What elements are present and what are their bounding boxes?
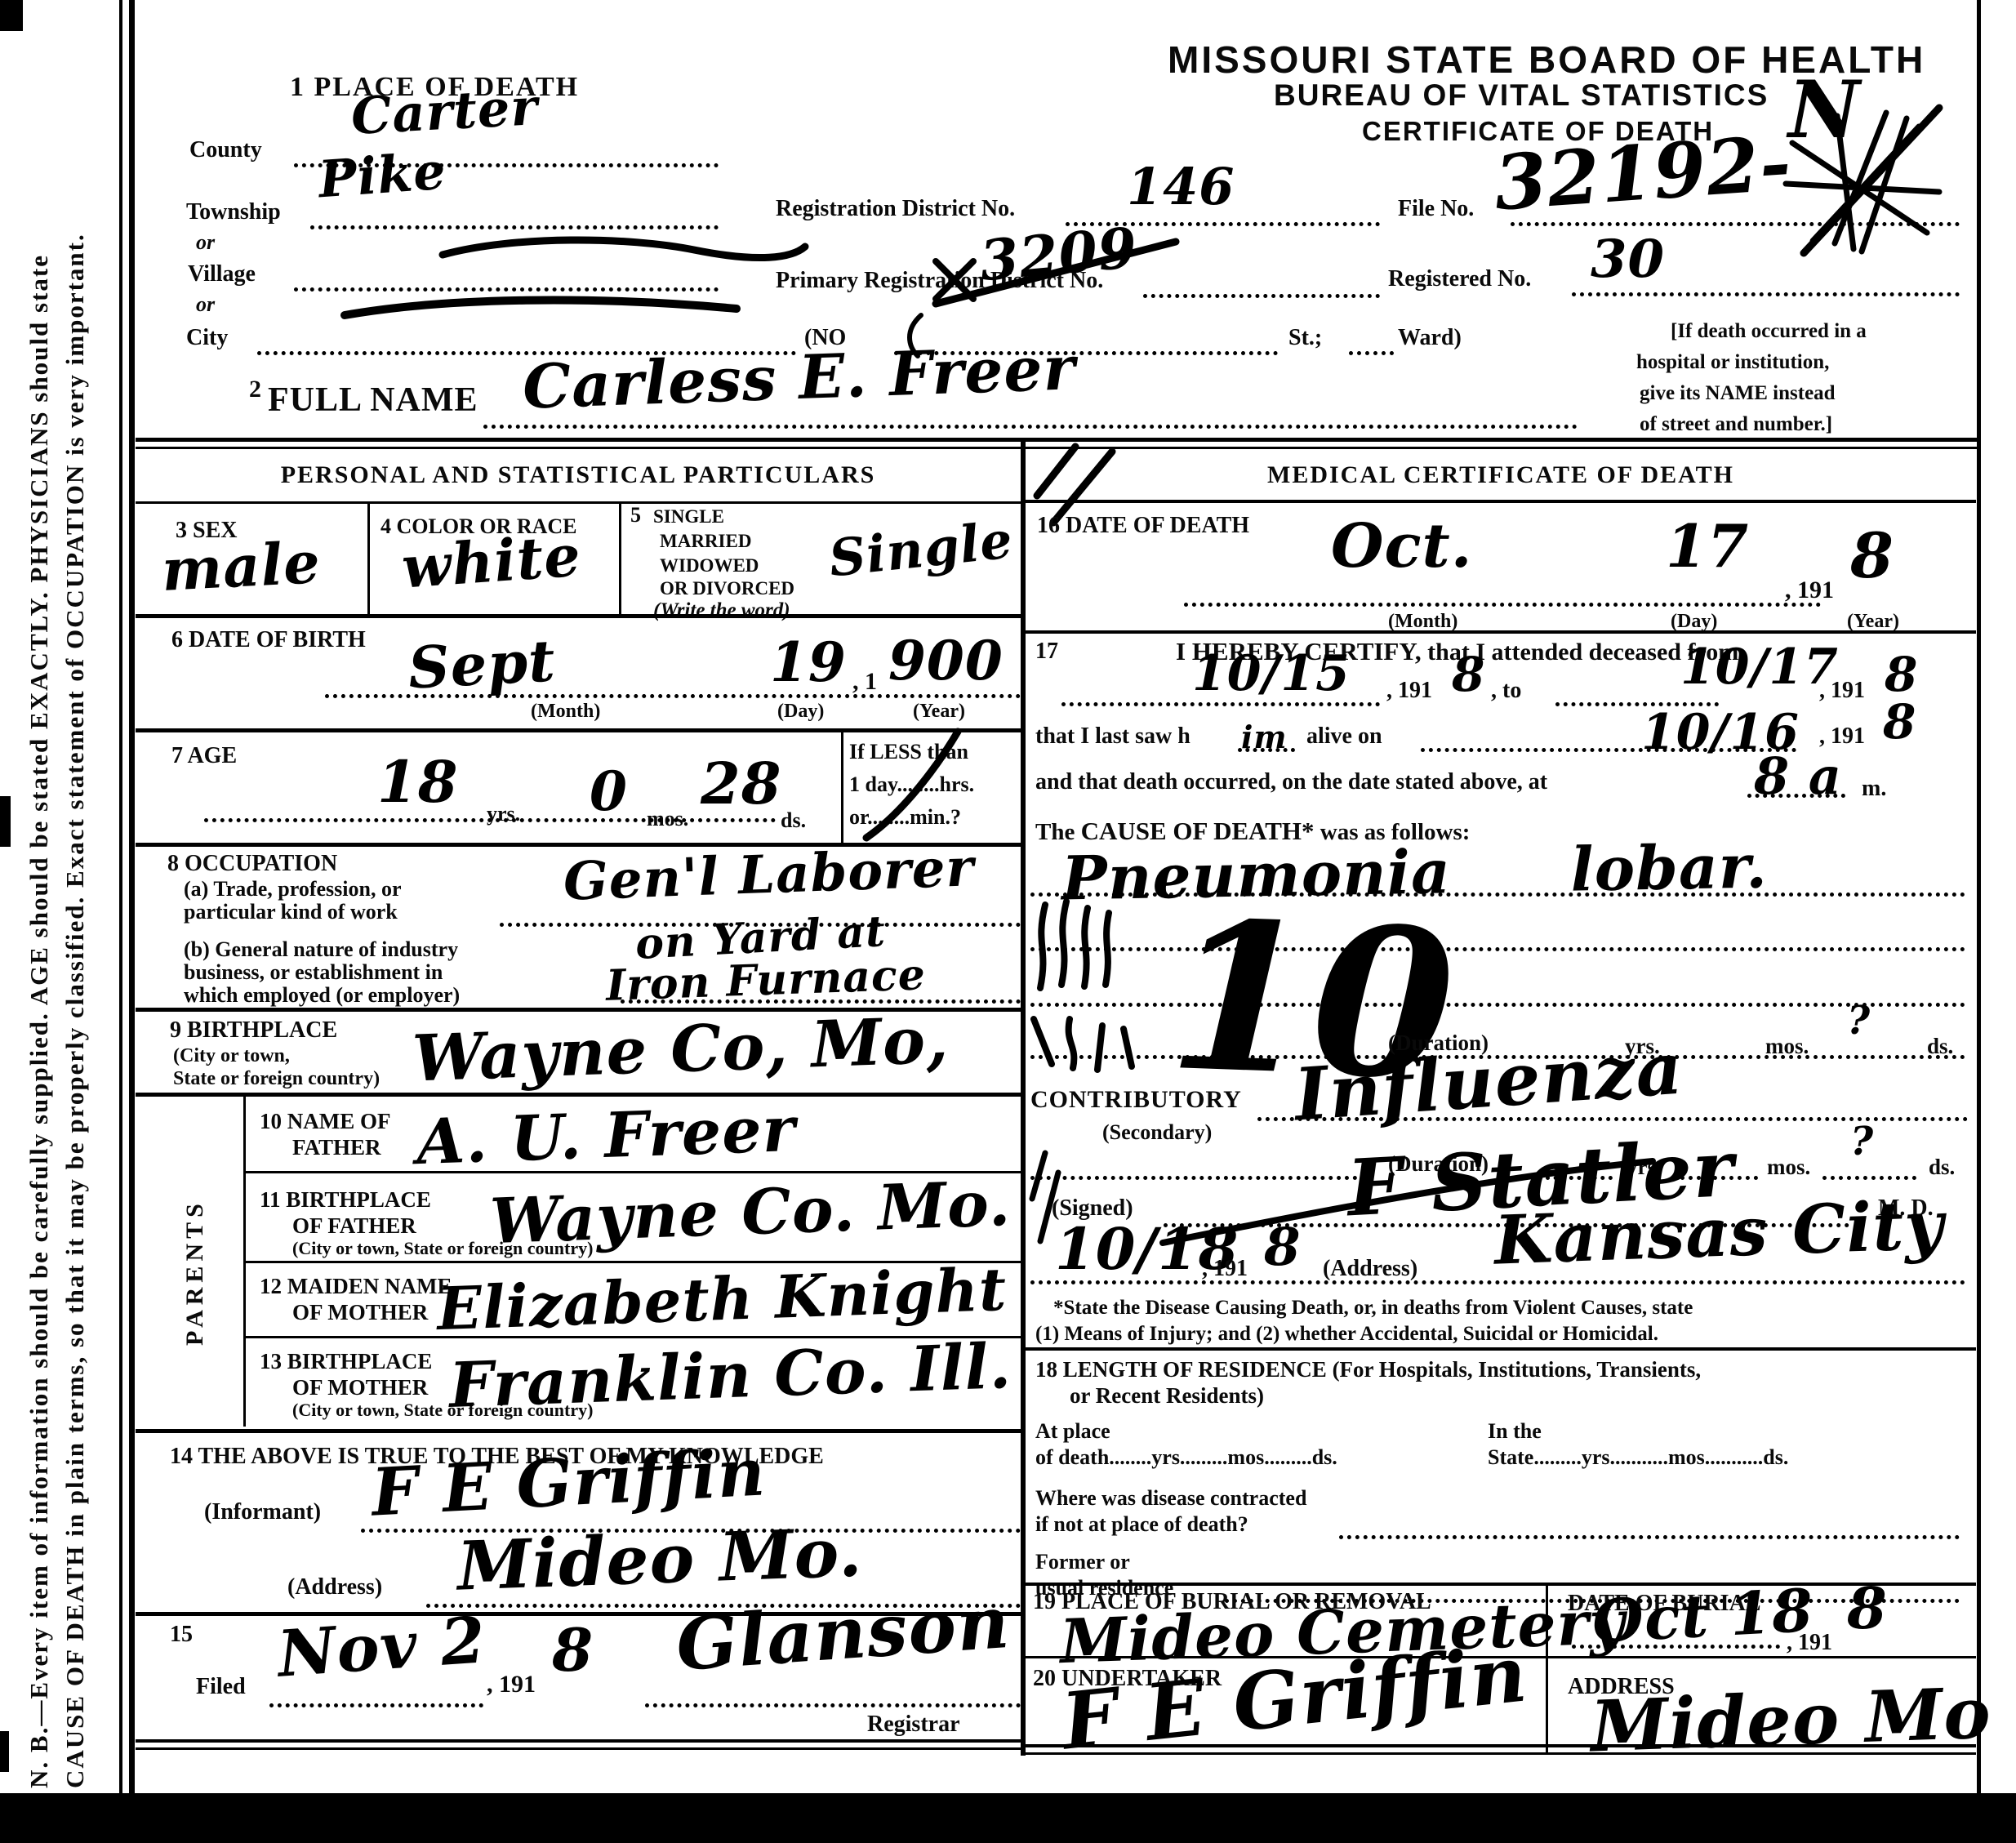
signed-date-line — [1030, 1280, 1965, 1284]
dod-month-value: Oct. — [1331, 511, 1472, 581]
dob-year-value: 900 — [888, 629, 1004, 692]
or-label-2: or — [196, 292, 215, 317]
duration2-ds: ds. — [1929, 1155, 1955, 1180]
rule — [136, 501, 1021, 504]
father-label-line1: NAME OF — [287, 1109, 391, 1133]
residence-where-line2: if not at place of death? — [1035, 1512, 1248, 1537]
occurred-m-label: m. — [1862, 776, 1886, 802]
registered-no-value: 30 — [1591, 229, 1665, 290]
township-label: Township — [186, 199, 281, 225]
occupation-a-line2: particular kind of work — [184, 900, 398, 924]
mother-bp-value: Franklin Co. Ill. — [448, 1329, 1012, 1422]
burial-year-hw: 8 — [1847, 1574, 1888, 1642]
residence-where-line — [1339, 1535, 1960, 1539]
occupation-b-line1: (b) General nature of industry — [184, 937, 458, 962]
village-dash-mark — [441, 238, 808, 271]
crosshatch-scribble — [1784, 106, 1947, 257]
residence-at-place-line2: of death........yrs.........mos.........… — [1035, 1445, 1337, 1470]
registrar-line — [645, 1703, 1021, 1707]
city-ward-label: Ward) — [1398, 325, 1462, 351]
dod-day-value: 17 — [1666, 511, 1749, 581]
city-label: City — [186, 325, 228, 351]
mother-label-line1: MAIDEN NAME — [287, 1274, 452, 1298]
birthplace-label: 9 BIRTHPLACE — [170, 1017, 337, 1044]
attended-from-value: 10/15 — [1192, 645, 1351, 702]
dob-day-cap: (Day) — [777, 701, 824, 723]
year1-printed: , 191 — [1386, 678, 1432, 704]
dob-year-printed: , 1 — [852, 668, 877, 696]
marital-divorced: OR DIVORCED — [660, 578, 794, 599]
county-value: Carter — [349, 77, 539, 146]
registration-district-label: Registration District No. — [776, 196, 1015, 222]
footnote-line2: (1) Means of Injury; and (2) whether Acc… — [1035, 1323, 1658, 1346]
township-line — [310, 225, 719, 229]
mother-label-line2: OF MOTHER — [292, 1300, 428, 1325]
hospital-note-line4: of street and number.] — [1640, 413, 1832, 436]
contributory-label: CONTRIBUTORY — [1030, 1086, 1242, 1114]
mother-bp-label-line2: OF MOTHER — [292, 1375, 428, 1400]
cause-line1 — [1030, 893, 1965, 897]
year2-printed: , 191 — [1819, 678, 1865, 704]
left-border-inner — [129, 0, 135, 1793]
city-line-3 — [1349, 351, 1394, 355]
file-no-label: File No. — [1398, 196, 1474, 222]
hospital-note-line3: give its NAME instead — [1640, 382, 1836, 405]
informant-label: (Informant) — [204, 1499, 321, 1525]
right-border — [1977, 0, 1981, 1793]
left-border-outer — [119, 0, 122, 1793]
dod-year-hw: 8 — [1850, 519, 1894, 592]
birthplace-sub2: State or foreign country) — [173, 1068, 380, 1090]
personal-title: PERSONAL AND STATISTICAL PARTICULARS — [136, 461, 1021, 489]
to-label: , to — [1491, 678, 1521, 704]
duration2-q: ? — [1850, 1119, 1874, 1164]
rule — [136, 1093, 1021, 1097]
rule — [136, 614, 1021, 618]
duration2-mos: mos. — [1767, 1155, 1810, 1180]
full-name-value: Carless E. Freer — [522, 333, 1077, 423]
scan-artifact — [0, 796, 11, 847]
filed-line — [269, 1703, 483, 1707]
full-name-line — [483, 425, 1578, 429]
birthplace-sub1: (City or town, — [173, 1045, 290, 1067]
filed-year-hw: 8 — [552, 1615, 594, 1685]
rule — [136, 1739, 1021, 1743]
dob-month-value: Sept — [407, 626, 557, 701]
registrar-label: Registrar — [867, 1712, 960, 1738]
rule — [1026, 1583, 1976, 1586]
marital-value: Single — [826, 510, 1016, 588]
dod-year-printed: , 191 — [1785, 576, 1834, 604]
dob-label: 6 DATE OF BIRTH — [171, 627, 366, 653]
dob-month-cap: (Month) — [531, 701, 600, 723]
mother-num: 12 — [260, 1274, 282, 1298]
mother-bp-num: 13 — [260, 1349, 282, 1373]
filed-num: 15 — [170, 1622, 193, 1648]
signed-year-hw: 8 — [1264, 1217, 1302, 1278]
column-divider — [1021, 438, 1026, 1756]
attended-to-value: 10/17 — [1680, 639, 1839, 696]
rule — [1026, 1744, 1976, 1747]
ink-scribble — [1027, 897, 1166, 1076]
filed-date-value: Nov 2 — [275, 1603, 488, 1692]
certify-line1 — [1061, 702, 1380, 706]
age-months-value: 0 — [590, 759, 628, 823]
dod-month-cap: (Month) — [1388, 611, 1457, 633]
village-label: Village — [188, 261, 256, 287]
age-yrs-label: yrs. — [487, 802, 520, 826]
father-bp-label-line1: BIRTHPLACE — [286, 1187, 431, 1212]
signed-year-printed: , 191 — [1202, 1256, 1248, 1282]
duration1-q: ? — [1847, 998, 1871, 1044]
cell-divider — [367, 504, 370, 614]
race-value: white — [399, 521, 583, 601]
marital-num: 5 — [630, 503, 641, 528]
filed-label: Filed — [196, 1674, 246, 1700]
registered-no-line — [1572, 292, 1960, 296]
marital-married: MARRIED — [660, 531, 751, 552]
cell-divider — [841, 732, 843, 844]
last-saw-label-b: alive on — [1306, 723, 1382, 750]
residence-label-line1: 18 LENGTH OF RESIDENCE (For Hospitals, I… — [1035, 1357, 1701, 1382]
certify-num: 17 — [1035, 639, 1058, 665]
header-rule-top — [136, 438, 1977, 442]
cause-label-a: The — [1035, 819, 1081, 845]
registered-no-label: Registered No. — [1388, 266, 1531, 292]
father-name-value: A. U. Freer — [416, 1093, 797, 1178]
city-st-label: St.; — [1288, 325, 1322, 351]
death-certificate-scan: N. B.—Every item of information should b… — [0, 0, 2016, 1843]
duration1-ds: ds. — [1927, 1034, 1953, 1059]
occupation-b-line2: business, or establishment in — [184, 960, 443, 985]
dod-label: 16 DATE OF DEATH — [1037, 513, 1249, 539]
dob-day-value: 19 — [770, 630, 847, 694]
residence-in-state-line1: In the — [1488, 1419, 1542, 1444]
residence-label-line2: or Recent Residents) — [1070, 1383, 1264, 1409]
signed-address-label: (Address) — [1323, 1256, 1417, 1282]
dod-line — [1184, 603, 1821, 607]
margin-note-line2: CAUSE OF DEATH in plain terms, so that i… — [60, 233, 90, 1788]
cell-divider — [619, 504, 621, 614]
parents-label: PARENTS — [181, 1199, 209, 1346]
contributory-secondary: (Secondary) — [1102, 1120, 1212, 1145]
age-ds-label: ds. — [781, 808, 806, 833]
occurred-time-value: 8 a — [1754, 746, 1842, 806]
age-label: 7 AGE — [171, 743, 237, 769]
residence-at-place-line1: At place — [1035, 1419, 1110, 1444]
age-days-value: 28 — [701, 750, 781, 817]
year3-hw: 8 — [1883, 694, 1916, 750]
bureau-title: BUREAU OF VITAL STATISTICS — [1274, 78, 1769, 113]
age-line — [204, 818, 776, 822]
registration-district-value: 146 — [1127, 157, 1235, 216]
occupation-a-value: Gen'l Laborer — [563, 837, 975, 913]
full-name-label: FULL NAME — [268, 381, 478, 420]
last-saw-label-a: that I last saw h — [1035, 723, 1190, 750]
year1-hw: 8 — [1452, 647, 1485, 702]
marital-widowed: WIDOWED — [660, 555, 759, 576]
burial-year-printed: , 191 — [1787, 1630, 1832, 1656]
informant-address-label: (Address) — [287, 1574, 382, 1600]
father-bp-value: Wayne Co. Mo. — [489, 1167, 1012, 1258]
signed-address-value: Kansas City — [1493, 1186, 1945, 1280]
village-line — [294, 287, 719, 292]
age-years-value: 18 — [377, 748, 458, 816]
scan-artifact — [0, 1731, 9, 1772]
occupation-b-line3: which employed (or employer) — [184, 983, 460, 1008]
occurred-line-label: and that death occurred, on the date sta… — [1035, 769, 1547, 795]
margin-note-line1: N. B.—Every item of information should b… — [24, 254, 54, 1788]
or-label-1: or — [196, 230, 215, 255]
birthplace-value: Wayne Co, Mo, — [412, 1004, 950, 1097]
last-saw-hw: im — [1241, 719, 1288, 755]
rule — [136, 1747, 1021, 1750]
scan-artifact — [0, 0, 23, 31]
rule — [136, 1429, 1021, 1433]
marital-hint: (Write the word) — [653, 599, 790, 622]
full-name-num: 2 — [249, 376, 261, 403]
duration2-line-c — [1822, 1176, 1916, 1180]
rule — [1026, 1752, 1976, 1755]
occupation-label: 8 OCCUPATION — [167, 851, 337, 877]
hospital-note-line2: hospital or institution, — [1636, 351, 1829, 374]
scan-bottom-band — [0, 1793, 2016, 1843]
father-bp-label-line2: OF FATHER — [292, 1213, 416, 1239]
burial-date-line — [1572, 1645, 1780, 1649]
mother-name-value: Elizabeth Knight — [436, 1254, 1008, 1343]
dob-year-cap: (Year) — [913, 701, 965, 723]
sex-value: male — [160, 528, 323, 604]
father-label-line2: FATHER — [292, 1135, 381, 1160]
dob-line — [325, 694, 1021, 698]
dod-year-cap: (Year) — [1847, 611, 1899, 633]
father-bp-num: 11 — [260, 1187, 281, 1212]
pen-flourish — [861, 728, 968, 843]
residence-former-line1: Former or — [1035, 1550, 1130, 1574]
residence-in-state-line2: State.........yrs...........mos.........… — [1488, 1445, 1788, 1470]
rule — [1026, 500, 1976, 503]
mother-bp-label-line1: BIRTHPLACE — [287, 1349, 433, 1373]
marital-single: SINGLE — [653, 506, 724, 528]
rule — [1026, 630, 1976, 634]
footnote-line1: *State the Disease Causing Death, or, in… — [1053, 1297, 1693, 1320]
filed-year-printed: , 191 — [487, 1671, 536, 1698]
hospital-note-line1: [If death occurred in a — [1671, 320, 1867, 343]
dod-day-cap: (Day) — [1671, 611, 1717, 633]
medical-title: MEDICAL CERTIFICATE OF DEATH — [1026, 461, 1976, 489]
city-dash-mark — [341, 294, 741, 323]
strike-mark — [931, 229, 1192, 318]
occupation-a-line1: (a) Trade, profession, or — [184, 877, 402, 901]
township-value: Pike — [317, 141, 448, 210]
county-label: County — [189, 137, 262, 163]
informant-address-value: Mideo Mo. — [456, 1513, 863, 1605]
duration1-mos: mos. — [1765, 1034, 1809, 1059]
father-num: 10 — [260, 1109, 282, 1133]
residence-where-line1: Where was disease contracted — [1035, 1486, 1306, 1511]
rule — [1026, 1347, 1976, 1351]
